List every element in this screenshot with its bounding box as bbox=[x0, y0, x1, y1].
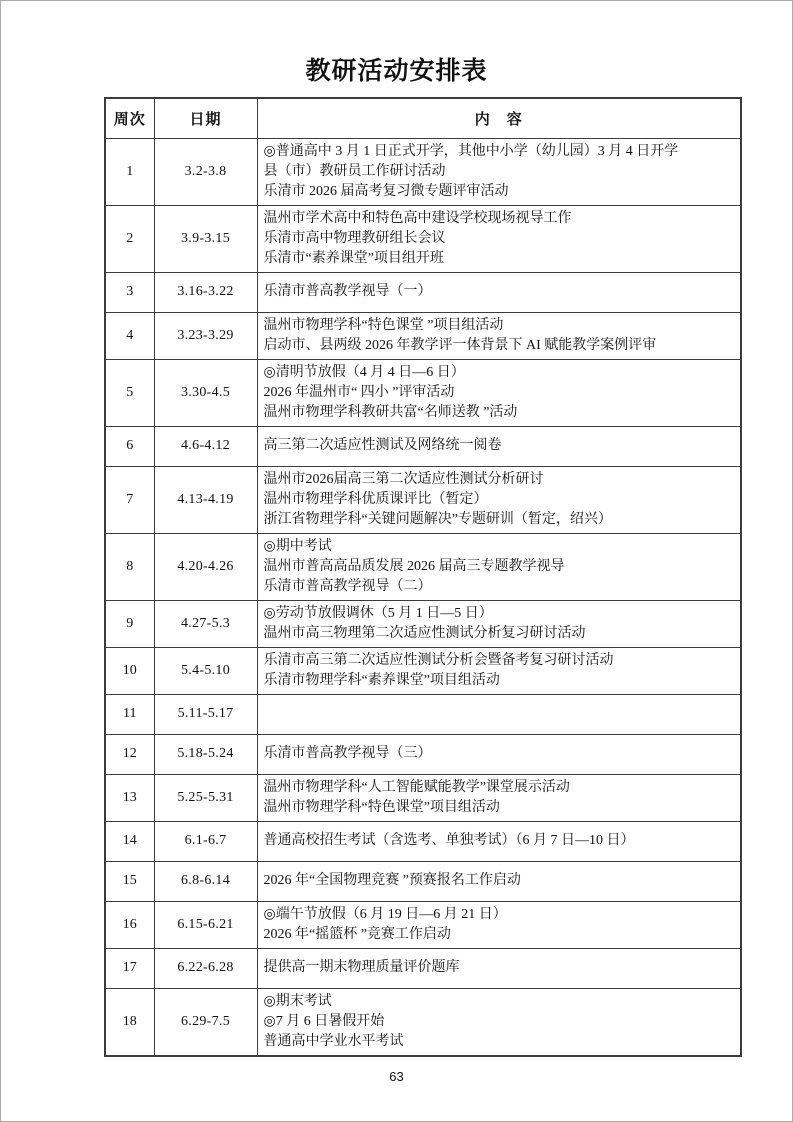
week-cell: 4 bbox=[105, 312, 154, 359]
content-cell: 高三第二次适应性测试及网络统一阅卷 bbox=[257, 426, 741, 466]
date-cell: 3.2-3.8 bbox=[154, 138, 257, 205]
date-cell: 5.11-5.17 bbox=[154, 694, 257, 734]
content-cell: 乐清市高三第二次适应性测试分析会暨备考复习研讨活动乐清市物理学科“素养课堂”项目… bbox=[257, 647, 741, 694]
content-line: ◎端午节放假（6 月 19 日—6 月 21 日） bbox=[264, 905, 735, 925]
content-line: 乐清市物理学科“素养课堂”项目组活动 bbox=[264, 671, 735, 691]
content-cell bbox=[257, 694, 741, 734]
content-cell: 乐清市普高教学视导（一） bbox=[257, 272, 741, 312]
week-cell: 14 bbox=[105, 821, 154, 861]
content-line: 温州市学术高中和特色高中建设学校现场视导工作 bbox=[264, 209, 735, 229]
date-cell: 3.30-4.5 bbox=[154, 359, 257, 426]
content-cell: 普通高校招生考试（含选考、单独考试）（6 月 7 日—10 日） bbox=[257, 821, 741, 861]
content-cell: 温州市2026届高三第二次适应性测试分析研讨温州市物理学科优质课评比（暂定）浙江… bbox=[257, 466, 741, 533]
date-cell: 6.22-6.28 bbox=[154, 948, 257, 988]
content-line: ◎期末考试 bbox=[264, 992, 735, 1012]
date-cell: 4.20-4.26 bbox=[154, 533, 257, 600]
content-line: 温州市普高高品质发展 2026 届高三专题教学视导 bbox=[264, 557, 735, 577]
content-line: 2026 年温州市“ 四小 ”评审活动 bbox=[264, 383, 735, 403]
date-cell: 4.6-4.12 bbox=[154, 426, 257, 466]
date-cell: 4.13-4.19 bbox=[154, 466, 257, 533]
week-cell: 17 bbox=[105, 948, 154, 988]
table-row: 4 3.23-3.29 温州市物理学科“特色课堂 ”项目组活动启动市、县两级 2… bbox=[105, 312, 741, 359]
date-column-header: 日期 bbox=[154, 98, 257, 138]
table-row: 12 5.18-5.24 乐清市普高教学视导（三） bbox=[105, 734, 741, 774]
week-cell: 10 bbox=[105, 647, 154, 694]
table-row: 8 4.20-4.26 ◎期中考试温州市普高高品质发展 2026 届高三专题教学… bbox=[105, 533, 741, 600]
content-line: 普通高中学业水平考试 bbox=[264, 1032, 735, 1052]
week-cell: 11 bbox=[105, 694, 154, 734]
content-line: 温州市物理学科“特色课堂”项目组活动 bbox=[264, 798, 735, 818]
content-cell: ◎期中考试温州市普高高品质发展 2026 届高三专题教学视导乐清市普高教学视导（… bbox=[257, 533, 741, 600]
week-cell: 16 bbox=[105, 901, 154, 948]
schedule-table-header: 周次 日期 内 容 bbox=[105, 98, 741, 138]
table-row: 14 6.1-6.7 普通高校招生考试（含选考、单独考试）（6 月 7 日—10… bbox=[105, 821, 741, 861]
content-line: 温州市物理学科“人工智能赋能教学”课堂展示活动 bbox=[264, 778, 735, 798]
table-row: 6 4.6-4.12 高三第二次适应性测试及网络统一阅卷 bbox=[105, 426, 741, 466]
table-row: 1 3.2-3.8 ◎普通高中 3 月 1 日正式开学，其他中小学（幼儿园）3 … bbox=[105, 138, 741, 205]
date-cell: 6.15-6.21 bbox=[154, 901, 257, 948]
content-line: ◎期中考试 bbox=[264, 537, 735, 557]
content-cell: 提供高一期末物理质量评价题库 bbox=[257, 948, 741, 988]
page-title: 教研活动安排表 bbox=[1, 55, 792, 89]
table-row: 10 5.4-5.10 乐清市高三第二次适应性测试分析会暨备考复习研讨活动乐清市… bbox=[105, 647, 741, 694]
date-cell: 4.27-5.3 bbox=[154, 600, 257, 647]
content-line: 温州市物理学科“特色课堂 ”项目组活动 bbox=[264, 316, 735, 336]
content-cell: ◎端午节放假（6 月 19 日—6 月 21 日）2026 年“摇篮杯 ”竞赛工… bbox=[257, 901, 741, 948]
content-column-header: 内 容 bbox=[257, 98, 741, 138]
content-line: 普通高校招生考试（含选考、单独考试）（6 月 7 日—10 日） bbox=[264, 831, 735, 851]
content-line: 高三第二次适应性测试及网络统一阅卷 bbox=[264, 436, 735, 456]
page-number: 63 bbox=[1, 1069, 792, 1084]
date-cell: 5.4-5.10 bbox=[154, 647, 257, 694]
week-cell: 8 bbox=[105, 533, 154, 600]
table-row: 11 5.11-5.17 bbox=[105, 694, 741, 734]
week-cell: 1 bbox=[105, 138, 154, 205]
schedule-table: 周次 日期 内 容 1 3.2-3.8 ◎普通高中 3 月 1 日正式开学，其他… bbox=[104, 97, 742, 1057]
content-line: 启动市、县两级 2026 年教学评一体背景下 AI 赋能教学案例评审 bbox=[264, 336, 735, 356]
schedule-table-body: 1 3.2-3.8 ◎普通高中 3 月 1 日正式开学，其他中小学（幼儿园）3 … bbox=[105, 138, 741, 1056]
document-page: 教研活动安排表 周次 日期 内 容 1 3.2-3.8 ◎普通高中 3 月 1 … bbox=[0, 0, 793, 1122]
date-cell: 5.25-5.31 bbox=[154, 774, 257, 821]
table-row: 9 4.27-5.3 ◎劳动节放假调休（5 月 1 日—5 日）温州市高三物理第… bbox=[105, 600, 741, 647]
date-cell: 3.23-3.29 bbox=[154, 312, 257, 359]
content-line: 乐清市高中物理教研组长会议 bbox=[264, 229, 735, 249]
table-row: 16 6.15-6.21 ◎端午节放假（6 月 19 日—6 月 21 日）20… bbox=[105, 901, 741, 948]
content-line: 乐清市普高教学视导（二） bbox=[264, 577, 735, 597]
week-cell: 2 bbox=[105, 205, 154, 272]
content-line: 温州市高三物理第二次适应性测试分析复习研讨活动 bbox=[264, 624, 735, 644]
content-cell: ◎普通高中 3 月 1 日正式开学，其他中小学（幼儿园）3 月 4 日开学县（市… bbox=[257, 138, 741, 205]
content-line: 乐清市 2026 届高考复习微专题评审活动 bbox=[264, 182, 735, 202]
table-row: 13 5.25-5.31 温州市物理学科“人工智能赋能教学”课堂展示活动温州市物… bbox=[105, 774, 741, 821]
week-cell: 15 bbox=[105, 861, 154, 901]
content-line: 乐清市高三第二次适应性测试分析会暨备考复习研讨活动 bbox=[264, 651, 735, 671]
date-cell: 3.16-3.22 bbox=[154, 272, 257, 312]
header-row: 周次 日期 内 容 bbox=[105, 98, 741, 138]
content-line: 提供高一期末物理质量评价题库 bbox=[264, 958, 735, 978]
date-cell: 5.18-5.24 bbox=[154, 734, 257, 774]
content-line: 乐清市普高教学视导（一） bbox=[264, 282, 735, 302]
content-cell: ◎劳动节放假调休（5 月 1 日—5 日）温州市高三物理第二次适应性测试分析复习… bbox=[257, 600, 741, 647]
content-cell: 温州市物理学科“特色课堂 ”项目组活动启动市、县两级 2026 年教学评一体背景… bbox=[257, 312, 741, 359]
content-cell: 温州市物理学科“人工智能赋能教学”课堂展示活动温州市物理学科“特色课堂”项目组活… bbox=[257, 774, 741, 821]
week-cell: 13 bbox=[105, 774, 154, 821]
content-cell: 温州市学术高中和特色高中建设学校现场视导工作乐清市高中物理教研组长会议乐清市“素… bbox=[257, 205, 741, 272]
content-line: 温州市物理学科优质课评比（暂定） bbox=[264, 490, 735, 510]
week-cell: 12 bbox=[105, 734, 154, 774]
table-row: 18 6.29-7.5 ◎期末考试◎7 月 6 日暑假开始普通高中学业水平考试 bbox=[105, 988, 741, 1056]
table-row: 2 3.9-3.15 温州市学术高中和特色高中建设学校现场视导工作乐清市高中物理… bbox=[105, 205, 741, 272]
table-row: 5 3.30-4.5 ◎清明节放假（4 月 4 日—6 日）2026 年温州市“… bbox=[105, 359, 741, 426]
content-line: 县（市）教研员工作研讨活动 bbox=[264, 162, 735, 182]
content-line: ◎7 月 6 日暑假开始 bbox=[264, 1012, 735, 1032]
week-cell: 5 bbox=[105, 359, 154, 426]
content-line: ◎劳动节放假调休（5 月 1 日—5 日） bbox=[264, 604, 735, 624]
content-cell: ◎清明节放假（4 月 4 日—6 日）2026 年温州市“ 四小 ”评审活动温州… bbox=[257, 359, 741, 426]
table-row: 15 6.8-6.14 2026 年“全国物理竞赛 ”预赛报名工作启动 bbox=[105, 861, 741, 901]
content-cell: ◎期末考试◎7 月 6 日暑假开始普通高中学业水平考试 bbox=[257, 988, 741, 1056]
week-cell: 7 bbox=[105, 466, 154, 533]
content-line: 乐清市普高教学视导（三） bbox=[264, 744, 735, 764]
date-cell: 6.1-6.7 bbox=[154, 821, 257, 861]
content-cell: 乐清市普高教学视导（三） bbox=[257, 734, 741, 774]
table-row: 7 4.13-4.19 温州市2026届高三第二次适应性测试分析研讨温州市物理学… bbox=[105, 466, 741, 533]
table-row: 17 6.22-6.28 提供高一期末物理质量评价题库 bbox=[105, 948, 741, 988]
content-line: 2026 年“全国物理竞赛 ”预赛报名工作启动 bbox=[264, 871, 735, 891]
content-line: 温州市2026届高三第二次适应性测试分析研讨 bbox=[264, 470, 735, 490]
week-cell: 3 bbox=[105, 272, 154, 312]
week-cell: 6 bbox=[105, 426, 154, 466]
date-cell: 6.8-6.14 bbox=[154, 861, 257, 901]
content-line: 2026 年“摇篮杯 ”竞赛工作启动 bbox=[264, 925, 735, 945]
week-cell: 9 bbox=[105, 600, 154, 647]
content-line: 温州市物理学科教研共富“名师送教 ”活动 bbox=[264, 403, 735, 423]
content-line: 浙江省物理学科“关键问题解决”专题研训（暂定，绍兴） bbox=[264, 510, 735, 530]
date-cell: 3.9-3.15 bbox=[154, 205, 257, 272]
week-cell: 18 bbox=[105, 988, 154, 1056]
content-line: ◎普通高中 3 月 1 日正式开学，其他中小学（幼儿园）3 月 4 日开学 bbox=[264, 142, 735, 162]
date-cell: 6.29-7.5 bbox=[154, 988, 257, 1056]
content-line: 乐清市“素养课堂”项目组开班 bbox=[264, 249, 735, 269]
table-row: 3 3.16-3.22 乐清市普高教学视导（一） bbox=[105, 272, 741, 312]
week-column-header: 周次 bbox=[105, 98, 154, 138]
content-cell: 2026 年“全国物理竞赛 ”预赛报名工作启动 bbox=[257, 861, 741, 901]
content-line: ◎清明节放假（4 月 4 日—6 日） bbox=[264, 363, 735, 383]
